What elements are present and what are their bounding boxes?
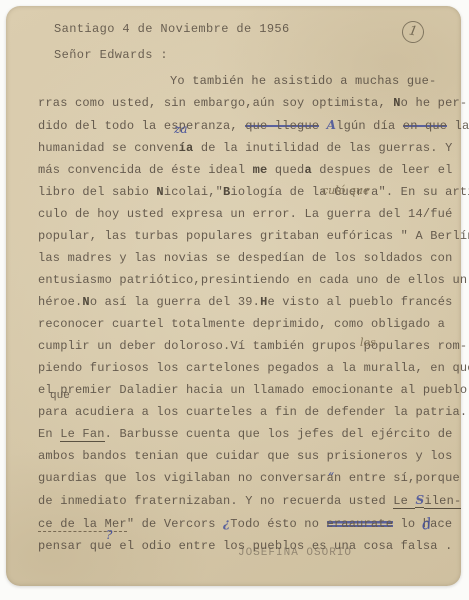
text-run: Yo también he asistido a muchas gue- xyxy=(170,74,436,88)
letter-body: Yo también he asistido a muchas gue-rras… xyxy=(38,70,455,557)
text-run: las madres y las novias se despedían de … xyxy=(38,251,452,265)
insert-quote-mark: “ xyxy=(328,471,334,483)
letter-line: En Le Fan. Barbusse cuenta que los jefes… xyxy=(38,423,455,445)
text-run: A xyxy=(327,118,337,132)
text-run: el premier Daladier hacia un llamado emo… xyxy=(38,383,467,397)
salutation: Señor Edwards : xyxy=(54,48,168,62)
text-run: más convencida de éste ideal xyxy=(38,163,253,177)
letter-line: libro del sabio Nicolai,"Biología de la … xyxy=(38,181,455,203)
text-run xyxy=(319,119,326,133)
text-run: a xyxy=(304,163,311,177)
scanned-letter-page: { "colors":{"paper":"#d7c9ab","ink":"#4a… xyxy=(0,0,469,600)
text-run: eraaurate xyxy=(327,517,394,531)
text-run: qued xyxy=(267,163,304,177)
text-run: de la inutilidad de las guerras. Y xyxy=(193,141,452,155)
text-run: " de Vercors xyxy=(127,517,223,531)
text-run: . Barbusse cuenta que los jefes del ejér… xyxy=(105,427,453,441)
letter-line: culo de hoy usted expresa un error. La g… xyxy=(38,203,455,225)
text-run: ilen- xyxy=(424,494,461,509)
text-run: en que xyxy=(403,119,447,133)
text-run: humanidad se conven xyxy=(38,141,179,155)
letter-line: reconocer cuartel totalmente deprimido, … xyxy=(38,313,455,335)
text-run: reconocer cuartel totalmente deprimido, … xyxy=(38,317,445,331)
letter-line: ce de la Mer" de Vercors ¿Todo ésto no e… xyxy=(38,512,455,535)
letter-line: guardias que los vigilaban no conversara… xyxy=(38,467,455,489)
text-run: Le Fan xyxy=(60,427,104,442)
text-run: ambos bandos tenian que cuidar que sus p… xyxy=(38,449,452,463)
text-run: que llegue xyxy=(245,119,319,133)
correction-za: za xyxy=(174,123,187,135)
text-run: cumplir un deber doloroso.Ví también gru… xyxy=(38,339,467,353)
letter-line: de inmediato fraternizaban. Y no recuerd… xyxy=(38,489,455,512)
letter-line: Yo también he asistido a muchas gue- xyxy=(38,70,455,92)
margin-flourish: d xyxy=(421,516,433,532)
insert-que-typed: que xyxy=(50,391,70,402)
text-run: dido del todo la esperanza, xyxy=(38,119,245,133)
text-run: popular, las turbas populares gritaban e… xyxy=(38,229,469,243)
page-number-badge: 1 xyxy=(400,19,425,44)
text-run: rras como usted, sin embargo,aún soy opt… xyxy=(38,96,393,110)
text-run: icolai," xyxy=(164,185,223,199)
text-run: N xyxy=(156,185,163,199)
text-run: piendo furiosos los cartelones pegados a… xyxy=(38,361,469,375)
text-run: En xyxy=(38,427,60,441)
text-run: ce de la Mer xyxy=(38,517,127,532)
insert-los: los xyxy=(360,337,376,348)
letter-line: las madres y las novias se despedían de … xyxy=(38,247,455,269)
letter-paper: Santiago 4 de Noviembre de 1956 Señor Ed… xyxy=(6,6,461,586)
letter-line: el premier Daladier hacia un llamado emo… xyxy=(38,379,455,401)
signature: JOSEFINA OSORIO xyxy=(238,547,352,559)
question-mark-note: ? xyxy=(106,529,112,541)
text-run: me xyxy=(253,163,268,177)
text-run: guardias que los vigilaban no conversara… xyxy=(38,471,460,485)
text-run: Le xyxy=(393,494,415,509)
text-run: culo de hoy usted expresa un error. La g… xyxy=(38,207,452,221)
text-run: para acudiera a los cuarteles a fin de d… xyxy=(38,405,467,419)
letter-line: más convencida de éste ideal me queda de… xyxy=(38,159,455,181)
text-run: la xyxy=(447,119,469,133)
text-run: ía xyxy=(179,141,194,155)
text-run: despues de leer el xyxy=(312,163,453,177)
text-run: N xyxy=(393,96,400,110)
text-run: o he per- xyxy=(401,96,468,110)
text-run: N xyxy=(82,295,89,309)
letter-line: ambos bandos tenian que cuidar que sus p… xyxy=(38,445,455,467)
letter-line: dido del todo la esperanza, que llegue A… xyxy=(38,114,455,137)
letter-line: piendo furiosos los cartelones pegados a… xyxy=(38,357,455,379)
text-run: entusiasmo patriótico,presintiendo en ca… xyxy=(38,273,467,287)
date-line: Santiago 4 de Noviembre de 1956 xyxy=(54,22,290,36)
letter-line: entusiasmo patriótico,presintiendo en ca… xyxy=(38,269,455,291)
note-culo-que: culó que xyxy=(322,185,370,196)
text-run: o así la guerra del 39. xyxy=(90,295,260,309)
letter-line: popular, las turbas populares gritaban e… xyxy=(38,225,455,247)
letter-line: rras como usted, sin embargo,aún soy opt… xyxy=(38,92,455,114)
text-run: lgún día xyxy=(336,119,403,133)
letter-line: cumplir un deber doloroso.Ví también gru… xyxy=(38,335,455,357)
text-run: Todo ésto no xyxy=(230,517,326,531)
text-run: de inmediato fraternizaban. Y no recuerd… xyxy=(38,494,393,508)
text-run: e visto al pueblo francés xyxy=(267,295,452,309)
letter-line: héroe.No así la guerra del 39.He visto a… xyxy=(38,291,455,313)
text-run: libro del sabio xyxy=(38,185,156,199)
text-run: héroe. xyxy=(38,295,82,309)
letter-line: para acudiera a los cuarteles a fin de d… xyxy=(38,401,455,423)
letter-line: humanidad se convenía de la inutilidad d… xyxy=(38,137,455,159)
